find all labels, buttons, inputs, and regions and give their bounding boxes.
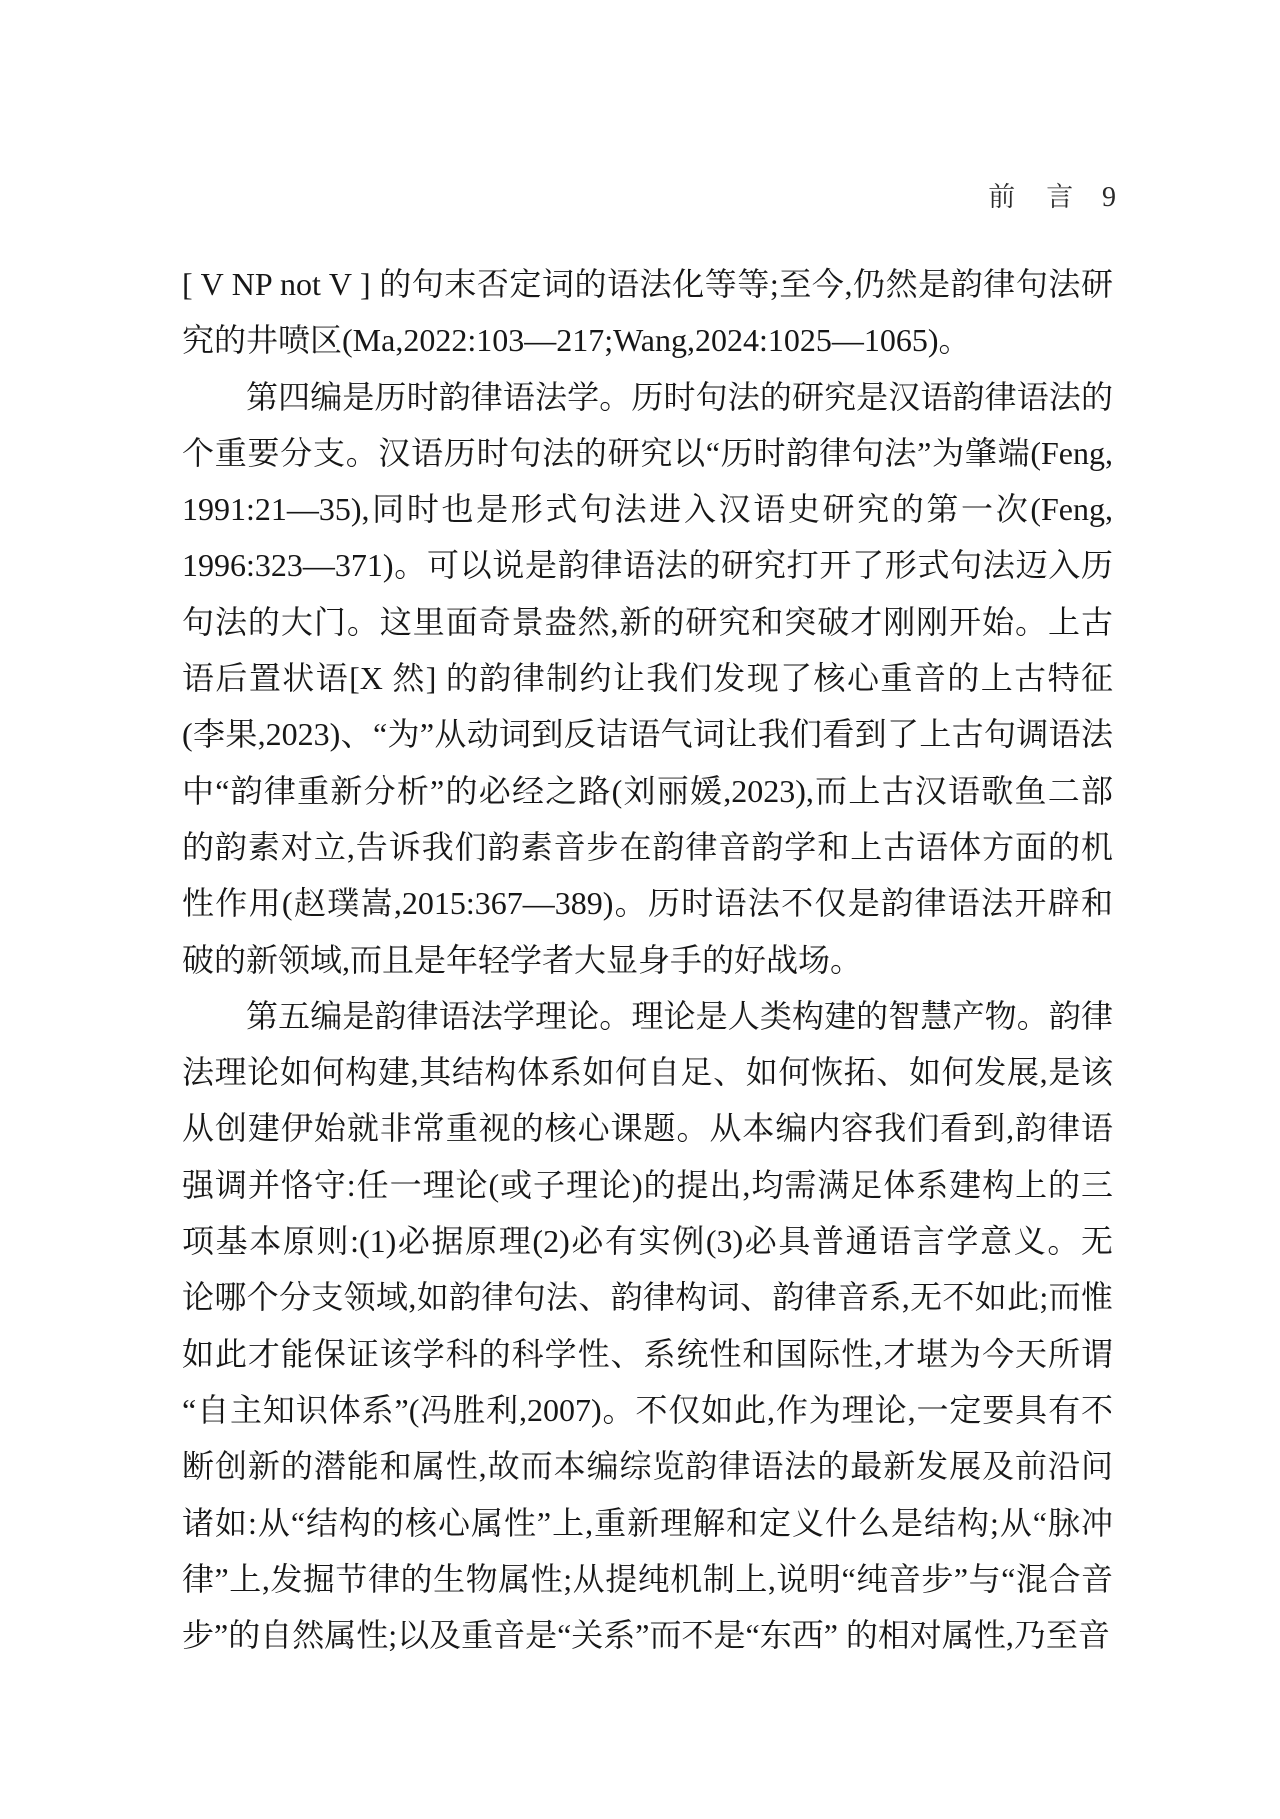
text-line: 中“韵律重新分析”的必经之路(刘丽媛,2023),而上古汉语歌鱼二部 xyxy=(182,763,1113,819)
text-line: 语后置状语[X 然] 的韵律制约让我们发现了核心重音的上古特征 xyxy=(182,650,1113,706)
page-header: 前 言 9 xyxy=(988,182,1116,213)
text-line: 句法的大门。这里面奇景盎然,新的研究和突破才刚刚开始。上古汉 xyxy=(182,594,1113,650)
text-line: 1991:21—35),同时也是形式句法进入汉语史研究的第一次(Feng, xyxy=(182,481,1113,537)
text-line: 破的新领域,而且是年轻学者大显身手的好战场。 xyxy=(182,932,1113,988)
text-line: 断创新的潜能和属性,故而本编综览韵律语法的最新发展及前沿问题, xyxy=(182,1438,1113,1494)
text-line: (李果,2023)、“为”从动词到反诘语气词让我们看到了上古句调语法 xyxy=(182,706,1113,762)
text-line: 究的井喷区(Ma,2022:103—217;Wang,2024:1025—106… xyxy=(182,312,1113,368)
text-line: 项基本原则:(1)必据原理(2)必有实例(3)必具普通语言学意义。无 xyxy=(182,1213,1113,1269)
text-line: 步”的自然属性;以及重音是“关系”而不是“东西” 的相对属性,乃至音 xyxy=(182,1607,1113,1663)
text-line: 律”上,发掘节律的生物属性;从提纯机制上,说明“纯音步”与“混合音 xyxy=(182,1551,1113,1607)
text-line: 个重要分支。汉语历时句法的研究以“历时韵律句法”为肇端(Feng, xyxy=(182,425,1113,481)
text-line: 法理论如何构建,其结构体系如何自足、如何恢拓、如何发展,是该学科 xyxy=(182,1044,1113,1100)
header-title: 前 言 xyxy=(988,182,1075,212)
text-line: 的韵素对立,告诉我们韵素音步在韵律音韵学和上古语体方面的机制 xyxy=(182,819,1113,875)
text-line: 诸如:从“结构的核心属性”上,重新理解和定义什么是结构;从“脉冲 xyxy=(182,1495,1113,1551)
text-line: 如此才能保证该学科的科学性、系统性和国际性,才堪为今天所谓的 xyxy=(182,1326,1113,1382)
text-line paragraph-start: 第四编是历时韵律语法学。历时句法的研究是汉语韵律语法的一 xyxy=(182,369,1113,425)
book-page: 前 言 9 [ V NP not V ] 的句末否定词的语法化等等;至今,仍然是… xyxy=(0,0,1280,1819)
text-line: 强调并恪守:任一理论(或子理论)的提出,均需满足体系建构上的三 xyxy=(182,1157,1113,1213)
text-line: 性作用(赵璞嵩,2015:367—389)。历时语法不仅是韵律语法开辟和突 xyxy=(182,875,1113,931)
page-number: 9 xyxy=(1102,182,1116,213)
text-line: 从创建伊始就非常重视的核心课题。从本编内容我们看到,韵律语法 xyxy=(182,1100,1113,1156)
text-line: “自主知识体系”(冯胜利,2007)。不仅如此,作为理论,一定要具有不 xyxy=(182,1382,1113,1438)
text-line: 论哪个分支领域,如韵律句法、韵律构词、韵律音系,无不如此;而惟其 xyxy=(182,1269,1113,1325)
text-line: [ V NP not V ] 的句末否定词的语法化等等;至今,仍然是韵律句法研 xyxy=(182,256,1113,312)
text-line paragraph-start: 第五编是韵律语法学理论。理论是人类构建的智慧产物。韵律语 xyxy=(182,988,1113,1044)
text-line: 1996:323—371)。可以说是韵律语法的研究打开了形式句法迈入历时 xyxy=(182,537,1113,593)
body-text: [ V NP not V ] 的句末否定词的语法化等等;至今,仍然是韵律句法研 … xyxy=(182,256,1113,1663)
